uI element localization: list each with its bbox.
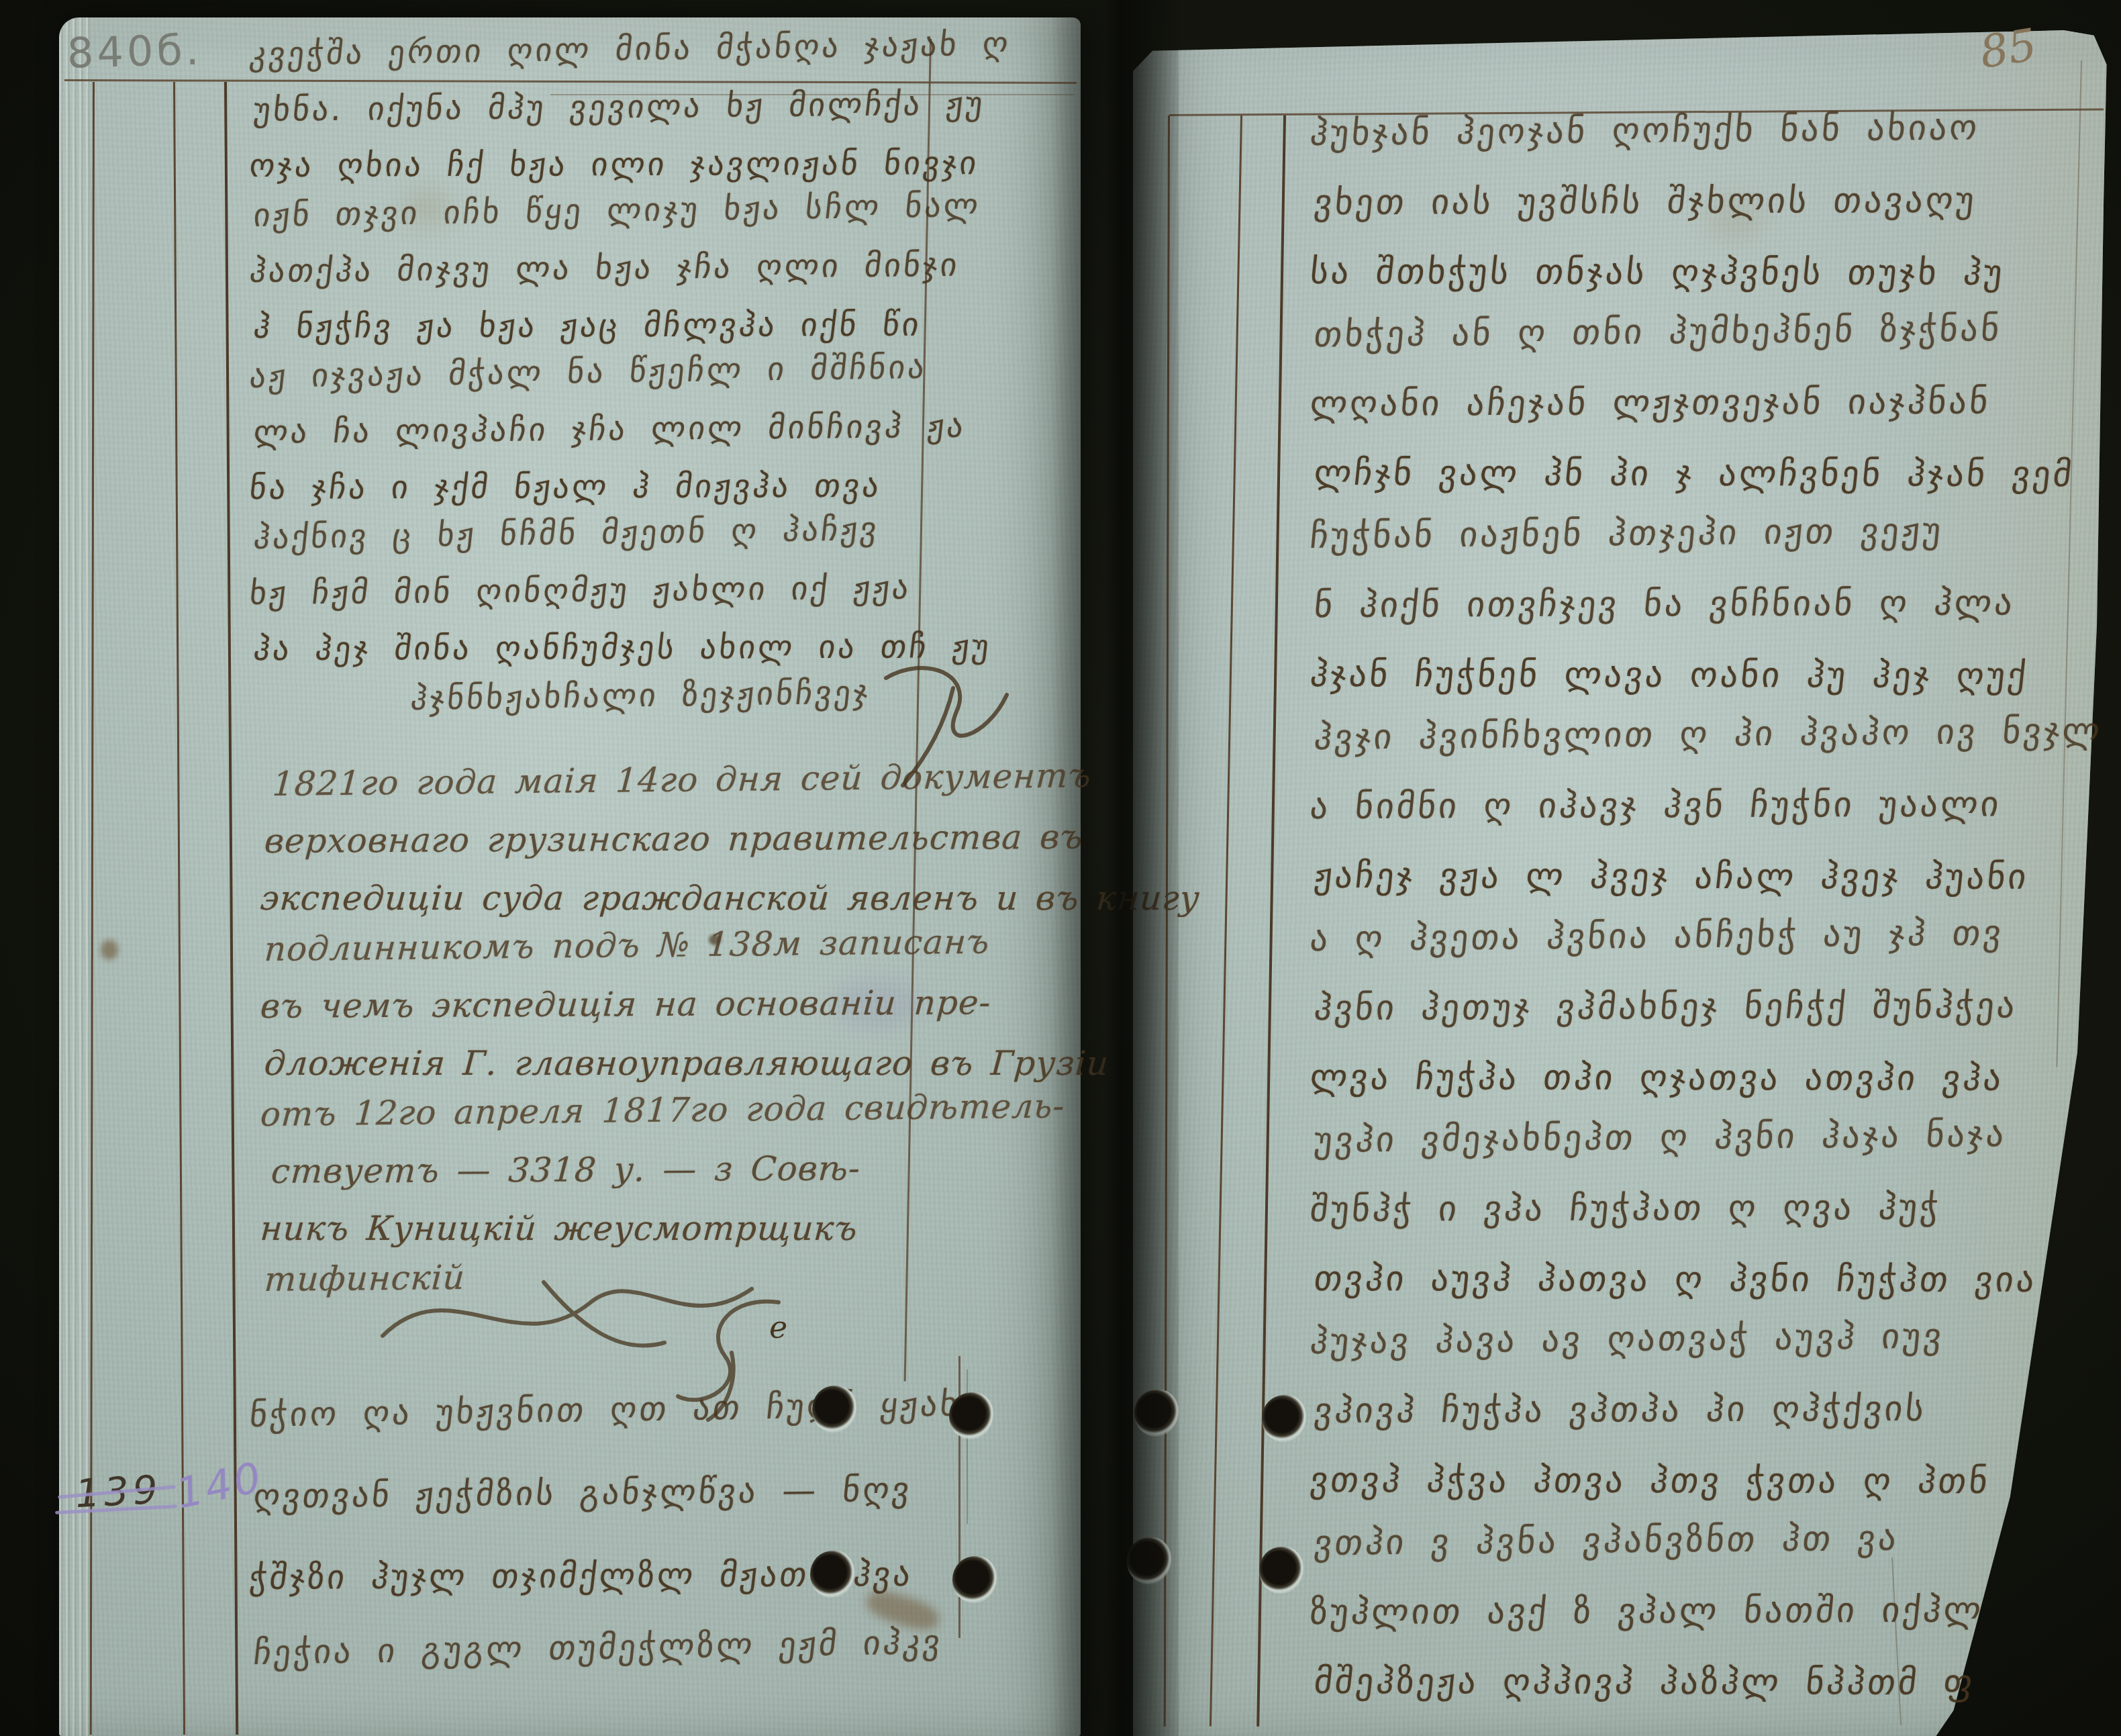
handwritten-line: ჰჯნნხჟახჩალი ზეჯჟინჩვეჯ xyxy=(409,673,873,718)
handwritten-line: ჩუჭნან იაჟნენ ჰთჯეჰი იჟთ ვეჟუ xyxy=(1308,511,1945,557)
handwritten-line: შუნჰჭ ი ვჰა ჩუჭჰათ ღ ღვა ჰუჭ xyxy=(1308,1188,1943,1230)
handwritten-line: თვჰი აუვჰ ჰათვა ღ ჰვნი ჩუჭჰთ ვია xyxy=(1312,1259,2039,1300)
handwritten-line: ლჩჯნ ვალ ჰნ ჰი ჯ ალჩვნენ ჰჯან ვემ xyxy=(1312,453,2077,495)
handwritten-line: ჰჯან ჩუჭნენ ლავა ოანი ჰუ ჰეჯ ღუქ xyxy=(1308,655,2030,696)
handwritten-line: ვჰივჰ ჩუჭჰა ვჰთჰა ჰი ღჰჭქვის xyxy=(1312,1389,1928,1431)
handwritten-line: უვჰი ვმეჯახნეჰთ ღ ჰვნი ჰაჯა ნაჯა xyxy=(1312,1114,2008,1161)
handwritten-line: ჰ ნჟჭჩვ ჟა ხჟა ჟაც მჩლვჰა იქნ წი xyxy=(252,306,924,346)
handwritten-line: ჟაჩეჯ ვჟა ლ ჰვეჯ აჩალ ჰვეჯ ჰუანი xyxy=(1312,856,2031,898)
handwritten-line: სა შთხჭუს თნჯას ღჯჰვნეს თუჯხ ჰუ xyxy=(1308,252,2007,293)
handwritten-line: ჰუჯავ ჰავა ავ ღათვაჭ აუვჰ იუვ xyxy=(1308,1316,1946,1362)
handwritten-line: ვთვჰ ჰჭვა ჰთვა ჰთვ ჭვთა ღ ჰთნ xyxy=(1308,1460,1992,1502)
handwritten-line: ნა ჯჩა ი ჯქმ ნჟალ ჰ მიჟვჰა თვა xyxy=(248,467,884,507)
handwritten-line: ღვთვან ჟეჭმზის განჯლწვა — ნღვ xyxy=(252,1470,914,1516)
handwritten-line: верховнаго грузинскаго правительства въ xyxy=(263,818,1085,861)
handwritten-line: ოჯა ღხია ჩქ ხჟა ილი ჯავლიჟან ნივჯი xyxy=(248,144,981,185)
handwritten-line: ვთჰი ვ ჰვნა ვჰანვზნთ ჰთ ვა xyxy=(1312,1518,1901,1563)
handwritten-line: ჰვჯი ჰვინჩხვლით ღ ჰი ჰვაჰო ივ ნვჯლ xyxy=(1312,711,2104,758)
handwritten-line: въ чемъ экспедиція на основаніи пре- xyxy=(259,983,992,1026)
manuscript-scan: 840б. 85 139 140 е კვეჭშა ერთი ღილ მინა … xyxy=(0,0,2121,1736)
handwritten-line: უხნა. იქუნა მჰუ ვევილა ხჟ მილჩქა ჟუ xyxy=(252,85,987,129)
handwritten-line: дложенія Г. главноуправляющаго въ Грузіи xyxy=(263,1044,1110,1083)
handwritten-line: экспедиціи суда гражданской явленъ и въ … xyxy=(259,879,1201,918)
handwritten-line: ხჟ ჩჟმ მინ ღინღმჟუ ჟახლი იქ ჟჟა xyxy=(248,569,914,612)
handwritten-line: ვხეთ იას უვშსჩს შჯხლის თავაღუ xyxy=(1312,181,1979,223)
handwritten-line: ზუჰლით ავქ ზ ვჰალ ნათში იქჰლ xyxy=(1308,1590,1985,1633)
handwritten-line: ა ღ ჰვეთა ჰვნია ანჩეხჭ აუ ჯჰ თვ xyxy=(1308,913,2006,959)
handwritten-line: подлинникомъ подъ № 138м записанъ xyxy=(263,922,991,969)
handwritten-line: ლღანი აჩეჯან ლჟჯთვეჯან იაჯჰნან xyxy=(1308,381,1992,424)
handwritten-line: ჰათქჰა მიჯვუ ლა ხჟა ჯჩა ღლი მინჯი xyxy=(248,246,962,290)
archive-page-label: 840б. xyxy=(66,25,203,77)
folio-number: 85 xyxy=(1976,19,2040,79)
handwritten-line: მშეჰზეჟა ღჰჰივჰ ჰაზჰლ ნჰჰთმ ფ xyxy=(1312,1661,1977,1703)
handwritten-line: თხჭეჰ ან ღ თნი ჰუმხეჰნენ ზჯჭნან xyxy=(1312,309,2004,355)
handwritten-line: ствуетъ — 3318 у. — з Совѣ- xyxy=(270,1149,862,1191)
handwritten-line: ლვა ჩუჭჰა თჰი ღჯათვა ათვჰი ვჰა xyxy=(1308,1057,2006,1099)
ink-flourish-curl xyxy=(644,1289,819,1423)
handwritten-line: ლა ჩა ლივჰაჩი ჯჩა ლილ მინჩივჰ ჟა xyxy=(252,407,968,451)
handwritten-line: ჰუხჯან ჰეოჯან ღოჩუქხ ნან ახიაო xyxy=(1308,107,1981,154)
handwritten-line: ნ ჰიქნ ითვჩჯევ ნა ვნჩნიან ღ ჰლა xyxy=(1312,583,2017,626)
handwritten-line: ჰვნი ჰეთუჯ ვჰმახნეჯ ნეჩჭქ შუნჰჭეა xyxy=(1312,985,2020,1028)
ink-flourish-signature-tail xyxy=(873,658,1020,792)
ink-mark: е xyxy=(769,1309,787,1345)
handwritten-line: ა ნიმნი ღ იჰავჯ ჰვნ ჩუჭნი უაალი xyxy=(1308,784,2004,827)
